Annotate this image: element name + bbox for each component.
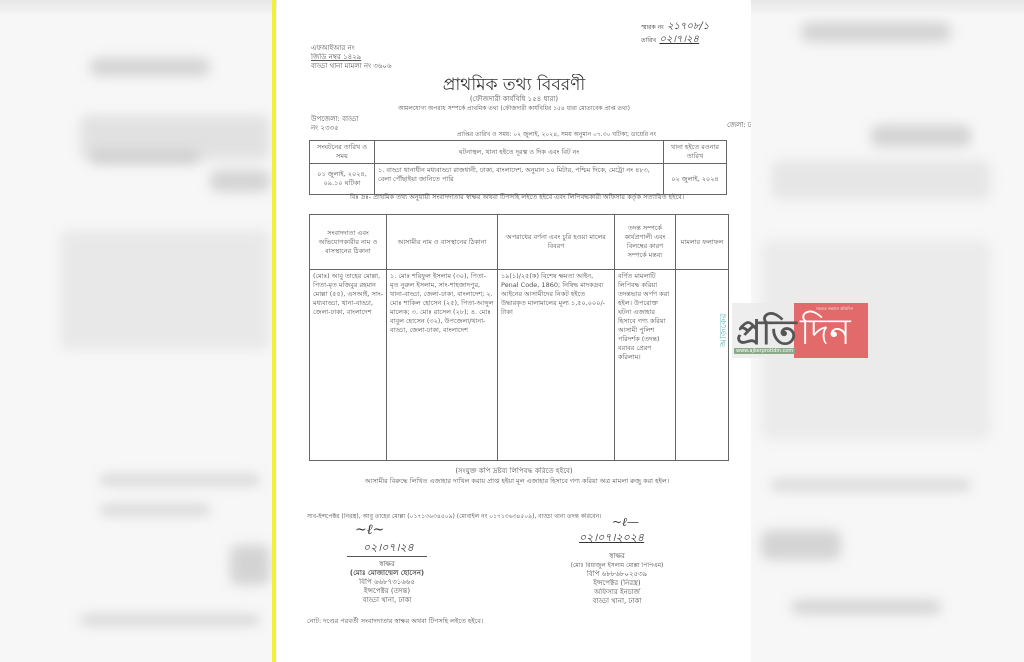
main-fir-table: সংবাদদাতা এবং অভিযোগকারীর নাম ও বাসস্থান… xyxy=(309,214,729,461)
blurred-background-left xyxy=(0,0,273,662)
left-meta-2: নং ২৩৩৫ xyxy=(311,124,339,133)
cell-investigation: বর্ণিত মামলাটি লিপিবদ্ধ করিয়া তদন্তভার … xyxy=(615,270,676,461)
watermark-side-text: আজকের xyxy=(716,303,732,358)
document-subtitle: (ফৌজদারী কার্যবিধি ১৫৪ ধারা) xyxy=(277,95,751,104)
incident-header-place: ঘটনাস্থল, থানা হইতে দূরত্ব ও দিক এবং বিট… xyxy=(375,141,664,164)
signature-left-line xyxy=(347,556,427,557)
top-left-line-2: জিডি নম্বর ১৪২৯ xyxy=(311,53,361,62)
signature-right-post: অফিসার ইনচার্জ xyxy=(547,588,687,597)
signature-right-station: বাড্ডা থানা, ঢাকা xyxy=(547,597,687,606)
border-left xyxy=(272,0,276,662)
header-offence: অপরাধের বর্ণনা এবং চুরি হওয়া মালের বিবর… xyxy=(498,215,615,270)
cell-accused: ১. মোঃ শরিফুল ইসলাম (৩০), পিতা-মৃত নুরুল… xyxy=(387,270,498,461)
header-investigation: তদন্ত সম্পর্কে কার্যপ্রণালী এবং বিলম্বের… xyxy=(615,215,676,270)
cell-informant: (মোঃ) আবু তাহের মোল্লা, পিতা-মৃত মজিবুর … xyxy=(310,270,387,461)
header-informant: সংবাদদাতা এবং অভিযোগকারীর নাম ও বাসস্থান… xyxy=(310,215,387,270)
signature-left-name: (মোঃ মোজাম্মেল হোসেন) xyxy=(327,569,447,578)
watermark-brand-suffix: দিন xyxy=(800,305,851,365)
signature-right-role: স্বাক্ষর xyxy=(547,552,687,561)
fir-document: স্মারক নং ২১৭০৮/১ তারিখ ০২।৭।২৪ এফআইআর ন… xyxy=(277,0,751,662)
incident-place: ১. বাড্ডা থানাধীন মধ্যবাড্ডা রাজধানী, ঢা… xyxy=(375,164,664,195)
top-left-line-3: বাড্ডা থানা মামলা নং ৩৬০৬ xyxy=(311,62,392,71)
special-note: বিঃ দ্রঃ- প্রাথমিক তথ্য অনুযায়ী সংবাদদা… xyxy=(307,193,727,202)
watermark-url: www.ajkerprotidin.com xyxy=(734,348,795,354)
header-accused: আসামীর নাম ও বাসস্থানের ঠিকানা xyxy=(387,215,498,270)
signature-right-scribble: ~ℓ— xyxy=(612,518,639,527)
cell-result xyxy=(676,270,729,461)
memo-date: তারিখ ০২।৭।২৪ xyxy=(641,35,699,45)
cell-offence: ১৯(১)/২৫(ক) বিশেষ ক্ষমতা আইন, Penal Code… xyxy=(498,270,615,461)
incident-header-departure: থানা হইতে রওনার তারিখ xyxy=(664,141,727,164)
signature-right-id: বিপি ৬৮৮৬৮০২৫৩৯ xyxy=(547,570,687,579)
top-left-line-1: এফআইআর নং xyxy=(311,44,355,53)
signature-right-rank: ইন্সপেক্টর (নিরস্ত্র) xyxy=(547,579,687,588)
signature-right-date: ০২।০৭।২০২৪ xyxy=(579,533,644,542)
watermark-brand-prefix: প্রতি xyxy=(736,307,797,364)
bottom-note: নোট: দণ্ডের পরবর্তী সংবাদদাতার স্বাক্ষর … xyxy=(307,617,483,626)
header-result: মামলার ফলাফল xyxy=(676,215,729,270)
watermark-logo: আজকের প্রতি দিন সত্যের সন্ধানে প্রতিদিন … xyxy=(716,303,868,358)
incident-header-time: সংঘটনের তারিখ ও সময় xyxy=(310,141,375,164)
memo-number: স্মারক নং ২১৭০৮/১ xyxy=(641,22,709,32)
signature-left-role: স্বাক্ষর xyxy=(337,560,437,569)
left-meta-1: উপজেলা: বাড্ডা xyxy=(311,115,359,124)
watermark-tagline: সত্যের সন্ধানে প্রতিদিন xyxy=(816,306,853,313)
incident-table: সংঘটনের তারিখ ও সময় ঘটনাস্থল, থানা হইতে… xyxy=(309,140,727,195)
document-intro: আমলযোগ্য অপরাধ সম্পর্কে প্রাথমিক তথ্য (ফ… xyxy=(277,104,751,113)
footer-note: (সংযুক্ত কপি দ্রষ্টব্য লিপিবদ্ধ করিতে হই… xyxy=(277,467,751,476)
incident-departure: ০২ জুলাই, ২০২৪ xyxy=(664,164,727,195)
signature-left-rank: ইন্সপেক্টর (তদন্ত) xyxy=(327,587,447,596)
right-meta-2: প্রাপ্তির তারিখ ও সময়: ০২ জুলাই, ২০২৪, … xyxy=(457,130,656,139)
signature-left-id: বিপি ৬৬৮৭৩১৬৬৫ xyxy=(327,578,447,587)
signature-left-scribble: ~ℓ~ xyxy=(355,526,384,535)
footer-paragraph: আসামীর বিরুদ্ধে লিখিত এজাহার দাখিল করায়… xyxy=(307,477,727,486)
signature-right-name: (মোঃ রিয়াজুল ইসলাম মোল্লা পিপিএম) xyxy=(537,561,697,570)
incident-time: ০১ জুলাই, ২০২৪, ০৯.১০ ঘটিকা xyxy=(310,164,375,195)
signature-left-station: বাড্ডা থানা, ঢাকা xyxy=(327,596,447,605)
right-meta-1: জেলা: ঢাকা xyxy=(727,121,751,130)
signature-left-date: ০২।০৭।২৪ xyxy=(363,543,414,552)
officer-line: সাব-ইন্সপেক্টর (নিরস্ত্র), আবু তাহের মোল… xyxy=(307,512,727,521)
